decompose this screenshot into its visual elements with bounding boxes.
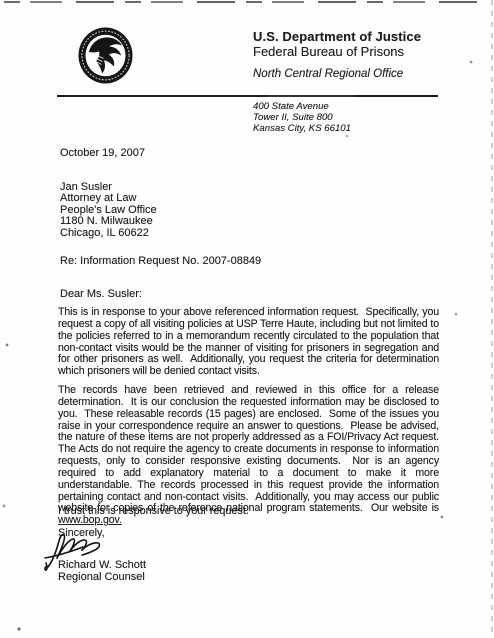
scan-artifact-top-edge bbox=[4, 1, 486, 3]
doj-seal-icon bbox=[76, 25, 135, 86]
bureau-name: Federal Bureau of Prisons bbox=[253, 44, 421, 59]
scan-artifact-right-edge bbox=[491, 0, 493, 638]
regional-office-name: North Central Regional Office bbox=[253, 68, 421, 80]
recipient-line: Chicago, IL 60622 bbox=[60, 228, 157, 239]
letterhead: U.S. Department of Justice Federal Burea… bbox=[253, 29, 421, 80]
office-address: 400 State Avenue Tower II, Suite 800 Kan… bbox=[253, 102, 351, 134]
address-line: Kansas City, KS 66101 bbox=[253, 124, 351, 135]
signer-name: Richard W. Schott bbox=[58, 559, 146, 571]
reference-line: Re: Information Request No. 2007-08849 bbox=[60, 255, 261, 267]
recipient-line: 1180 N. Milwaukee bbox=[60, 216, 157, 227]
salutation: Dear Ms. Susler: bbox=[60, 288, 142, 300]
recipient-address-block: Jan Susler Attorney at Law People's Law … bbox=[60, 182, 157, 239]
body-paragraph-1: This is in response to your above refere… bbox=[58, 307, 439, 378]
address-line: Tower II, Suite 800 bbox=[253, 113, 351, 124]
agency-name: U.S. Department of Justice bbox=[253, 29, 421, 44]
signer-title: Regional Counsel bbox=[58, 571, 145, 583]
letterhead-divider bbox=[57, 95, 438, 97]
paragraph-2-text: The records have been retrieved and revi… bbox=[58, 384, 445, 514]
letter-date: October 19, 2007 bbox=[60, 147, 145, 159]
scan-speckles bbox=[0, 0, 2, 2]
scanned-letter-page: U.S. Department of Justice Federal Burea… bbox=[0, 0, 494, 638]
closing-line: I trust this is responsive to your reque… bbox=[58, 505, 249, 517]
